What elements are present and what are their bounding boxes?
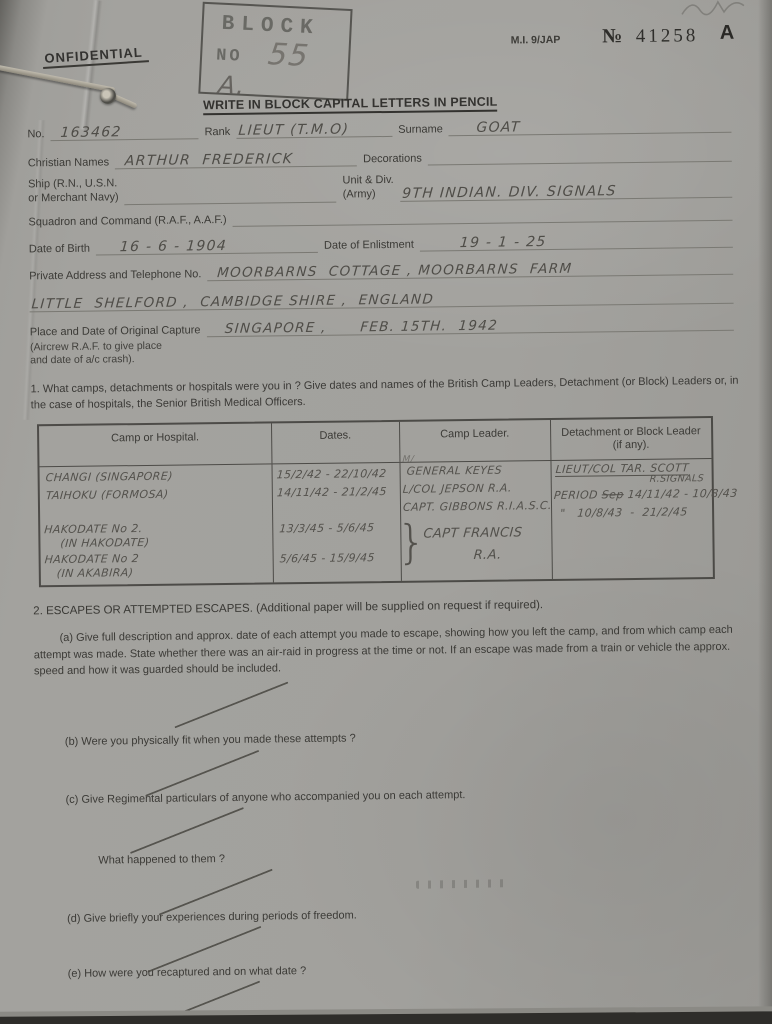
row-address: Private Address and Telephone No. MOORBA… [29,257,739,283]
camp-table-body: CHANGI (SINGAPORE) TAIHOKU (FORMOSA) HAK… [40,459,713,585]
stamp-handwritten-number: 55 [266,37,312,74]
question-2b: (b) Were you physically fit when you mad… [65,726,751,751]
capture-label: Place and Date of Original Capture [30,324,201,339]
block-capitals-instruction: WRITE IN BLOCK CAPITAL LETTERS IN PENCIL [203,95,498,116]
nil-slash-c [130,807,244,854]
form-code: M.I. 9/JAP [511,34,561,47]
ship-field [125,185,337,205]
section-2-heading: 2. ESCAPES OR ATTEMPTED ESCAPES. (Additi… [33,595,747,621]
christian-names-label: Christian Names [28,156,109,170]
col-header-camp: Camp or Hospital. [39,423,271,466]
question-what-happened: What happened to them ? [98,844,752,868]
serial-number: 41258 [636,25,699,48]
date-of-birth-label: Date of Birth [29,242,90,256]
form-page: ONFIDENTIAL BLOCK NO 55 A. M.I. 9/JAP № … [24,4,754,1007]
stamp-no-label: NO [216,46,243,66]
decorations-label: Decorations [363,153,422,167]
camp-column: CHANGI (SINGAPORE) TAIHOKU (FORMOSA) HAK… [40,465,273,586]
col-header-dates: Dates. [271,422,399,464]
leader-column: M/ GENERAL KEYES L/COL JEPSON R.A. CAPT.… [399,461,552,581]
stamp-handwritten-letter: A. [217,71,248,100]
row-address-line2: LITTLE SHELFORD , CAMBIDGE SHIRE , ENGLA… [29,286,739,312]
rank-field: LIEUT (T.M.O) [236,120,392,139]
series-letter: A [720,22,735,45]
date-of-birth-field: 16 - 6 - 1904 [96,235,318,255]
private-address-field-line2: LITTLE SHELFORD , CAMBIDGE SHIRE , ENGLA… [29,286,733,312]
squadron-label: Squadron and Command (R.A.F., A.A.F.) [28,213,226,228]
unit-div-field: 9TH INDIAN. DIV. SIGNALS [400,180,733,201]
question-1-text: 1. What camps, detachments or hospitals … [30,373,742,414]
col-header-detachment: Detachment or Block Leader (if any). [550,418,712,460]
pencil-scribble [678,0,748,18]
row-names-decorations: Christian Names ARTHUR FREDERICK Decorat… [28,145,738,171]
row-ship-unit: Ship (R.N., U.S.N. or Merchant Navy) Uni… [28,170,738,206]
date-of-enlistment-label: Date of Enlistment [324,238,414,252]
scanned-paper: ONFIDENTIAL BLOCK NO 55 A. M.I. 9/JAP № … [0,0,772,1024]
col-header-leader: Camp Leader. [398,420,550,462]
no-label: No. [27,128,44,141]
date-of-enlistment-field: 19 - 1 - 25 [420,230,733,251]
christian-names-field: ARTHUR FREDERICK [115,149,357,169]
private-address-label: Private Address and Telephone No. [29,268,201,283]
detachment-column: LIEUT/COL TAR. SCOTT R.SIGNALS PERIOD Se… [550,459,713,579]
classification-stamp: ONFIDENTIAL [42,44,149,69]
eyelet-hole [100,88,116,104]
nil-slash-a [174,681,288,728]
dates-column: 15/2/42 - 22/10/42 14/11/42 - 21/2/45 13… [271,463,400,583]
row-squadron: Squadron and Command (R.A.F., A.A.F.) [28,203,738,229]
private-address-field-line1: MOORBARNS COTTAGE , MOORBARNS FARM [207,257,733,280]
surname-field: GOAT [449,116,732,136]
brace-mark: } [397,515,427,569]
camp-table: Camp or Hospital. Dates. Camp Leader. De… [37,416,715,588]
decorations-field [428,145,732,166]
faint-ghost-marks [416,879,506,889]
rank-label: Rank [204,126,230,139]
row-birth-enlistment: Date of Birth 16 - 6 - 1904 Date of Enli… [29,230,739,256]
surname-label: Surname [398,123,443,137]
page-edge-shadow [758,0,772,1024]
ship-label: Ship (R.N., U.S.N. or Merchant Navy) [28,177,119,206]
squadron-field [232,203,732,226]
number-sign: № [602,25,622,48]
question-2d: (d) Give briefly your experiences during… [67,903,753,928]
block-number-stamp-box: BLOCK NO 55 A. [198,2,352,101]
question-2a: (a) Give full description and approx. da… [34,622,745,680]
unit-div-label: Unit & Div. (Army) [342,174,393,202]
no-field: 163462 [50,122,198,141]
